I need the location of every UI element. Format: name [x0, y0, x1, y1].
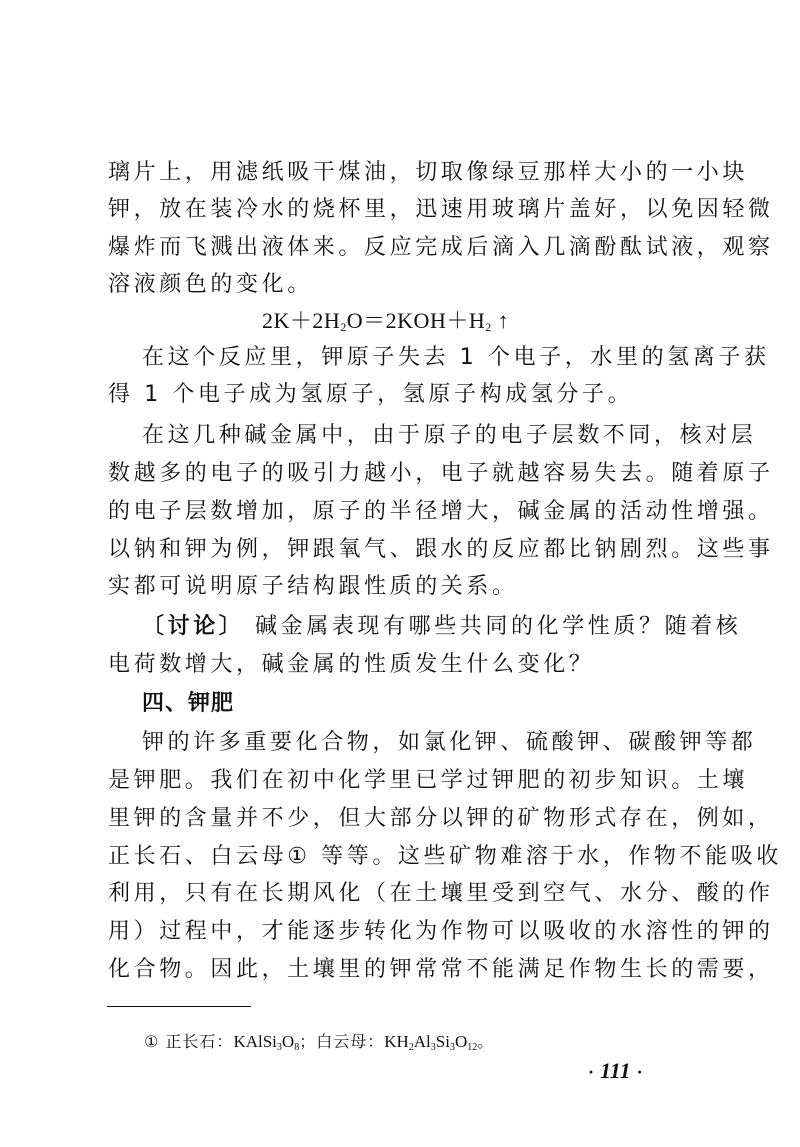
text-line: 的电子层数增加，原子的半径增大，碱金属的活动性增强。 — [108, 497, 692, 527]
text-line: 爆炸而飞溅出液体来。反应完成后滴入几滴酚酞试液，观察 — [108, 233, 692, 263]
footnote-marker: ① — [144, 1032, 159, 1051]
equation-part: O＝2KOH＋H — [347, 308, 485, 333]
page-dot: · — [637, 1062, 643, 1082]
text-line: 正长石、白云母① 等等。这些矿物难溶于水，作物不能吸收 — [108, 842, 692, 872]
text-line: 钾，放在装冷水的烧杯里，迅速用玻璃片盖好，以免因轻微 — [108, 195, 692, 225]
formula-muscovite: KH2Al3Si3O12 — [384, 1032, 477, 1051]
text-line: 璃片上，用滤纸吸干煤油，切取像绿豆那样大小的一小块 — [108, 158, 692, 188]
text-line: 用）过程中，才能逐步转化为作物可以吸收的水溶性的钾的 — [108, 917, 692, 947]
text-line: 钾的许多重要化合物，如氯化钾、硫酸钾、碳酸钾等都 — [142, 728, 692, 758]
text-line: 化合物。因此，土壤里的钾常常不能满足作物生长的需要， — [108, 955, 692, 985]
footnote-label: ；白云母： — [299, 1032, 384, 1051]
text-line: 得 1 个电子成为氢原子，氢原子构成氢分子。 — [108, 380, 692, 410]
page-dot: · — [588, 1062, 594, 1082]
page-number: ·111· — [582, 1058, 649, 1084]
section-heading: 四、钾肥 — [142, 689, 692, 719]
text-line: 数越多的电子的吸引力越小，电子就越容易失去。随着原子 — [108, 459, 692, 489]
text-line: 实都可说明原子结构跟性质的关系。 — [108, 572, 692, 602]
text-line: 在这个反应里，钾原子失去 1 个电子，水里的氢离子获 — [142, 343, 692, 373]
footnote: ① 正长石：KAlSi3O8；白云母：KH2Al3Si3O12。 — [144, 1030, 494, 1060]
text-line: 在这几种碱金属中，由于原子的电子层数不同，核对层 — [142, 421, 692, 451]
text-line: 电荷数增大，碱金属的性质发生什么变化？ — [108, 650, 692, 680]
text-line: 溶液颜色的变化。 — [108, 270, 692, 300]
text-line: 是钾肥。我们在初中化学里已学过钾肥的初步知识。土壤 — [108, 766, 692, 796]
equation-part: 2K＋2H — [262, 308, 340, 333]
chemical-equation: 2K＋2H2O＝2KOH＋H2 ↑ — [262, 306, 509, 342]
text-line: 利用，只有在长期风化（在土壤里受到空气、水分、酸的作 — [108, 879, 692, 909]
gas-arrow-icon: ↑ — [492, 308, 510, 333]
discussion-text: 碱金属表现有哪些共同的化学性质？随着核 — [244, 614, 741, 639]
formula-orthoclase: KAlSi3O8 — [233, 1032, 299, 1051]
footnote-label: 正长石： — [159, 1032, 233, 1051]
discussion-tag: 〔讨论〕 — [142, 614, 244, 639]
discussion-line: 〔讨论〕 碱金属表现有哪些共同的化学性质？随着核 — [142, 612, 692, 642]
text-line: 里钾的含量并不少，但大部分以钾的矿物形式存在，例如， — [108, 804, 692, 834]
page-number-value: 111 — [600, 1058, 631, 1083]
footnote-separator — [107, 1006, 251, 1007]
text-line: 以钠和钾为例，钾跟氧气、跟水的反应都比钠剧烈。这些事 — [108, 535, 692, 565]
